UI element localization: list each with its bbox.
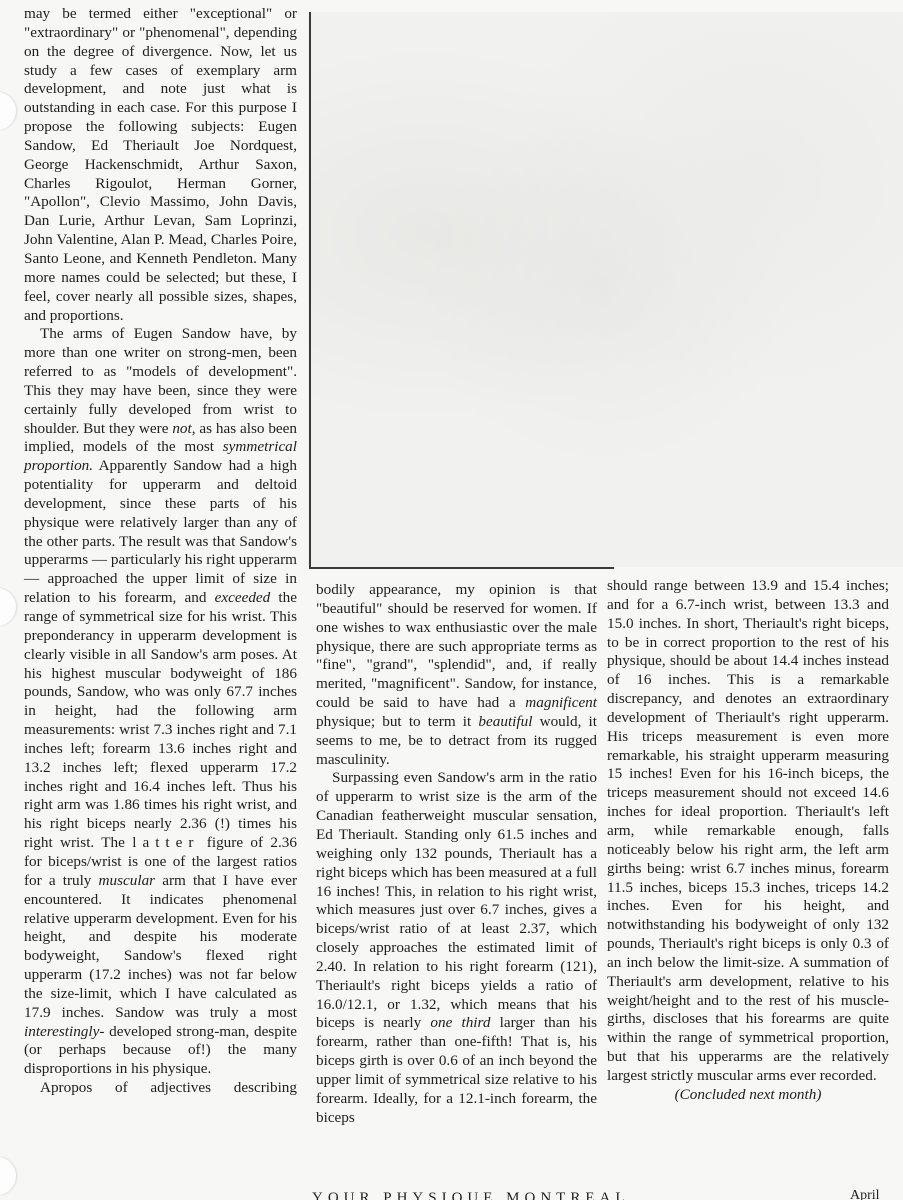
photo-border-bottom — [309, 567, 614, 569]
emphasis: magnificent — [525, 694, 597, 711]
binder-punch-hole — [0, 1157, 16, 1195]
text-run: the range of symmetrical size for his wr… — [24, 589, 297, 851]
paragraph: may be termed either "exceptional" or "e… — [24, 5, 297, 325]
photo-border-left — [309, 12, 311, 568]
article-column-left: may be termed either "exceptional" or "e… — [24, 5, 297, 1098]
binder-punch-hole — [0, 588, 16, 626]
emphasis: muscular — [99, 872, 156, 889]
letterspaced-word: latter — [132, 834, 199, 851]
binder-punch-hole — [0, 92, 16, 130]
text-run: physique; but to term it — [316, 713, 478, 730]
paragraph-theriault: Surpassing even Sandow's arm in the rati… — [316, 769, 597, 1127]
text-run: arm that I have ever encountered. It ind… — [24, 872, 297, 1021]
paragraph-adjectives: bodily appearance, my opinion is that "b… — [316, 581, 597, 769]
magazine-page: may be termed either "exceptional" or "e… — [0, 0, 903, 1200]
emphasis: beautiful — [478, 713, 532, 730]
emphasis: interestingly- — [24, 1023, 104, 1040]
paragraph-sandow-arms: The arms of Eugen Sandow have, by more t… — [24, 325, 297, 1079]
paragraph: Apropos of adjectives describing — [24, 1079, 297, 1098]
article-column-middle: bodily appearance, my opinion is that "b… — [316, 581, 597, 1127]
magazine-title: YOUR PHYSIQUE MONTREAL — [312, 1190, 630, 1200]
issue-month: April — [850, 1188, 880, 1200]
emphasis: not, — [172, 420, 195, 437]
faded-photo-area — [308, 12, 903, 567]
article-column-right: should range between 13.9 and 15.4 inche… — [607, 577, 889, 1105]
emphasis: one third — [430, 1014, 490, 1031]
emphasis: exceeded — [215, 589, 271, 606]
continuation-note: (Concluded next month) — [607, 1086, 889, 1105]
text-run: bodily appearance, my opinion is that "b… — [316, 581, 597, 711]
text-run: Apparently Sandow had a high potentialit… — [24, 457, 297, 606]
paragraph: should range between 13.9 and 15.4 inche… — [607, 577, 889, 1086]
text-run: Surpassing even Sandow's arm in the rati… — [316, 769, 597, 1031]
